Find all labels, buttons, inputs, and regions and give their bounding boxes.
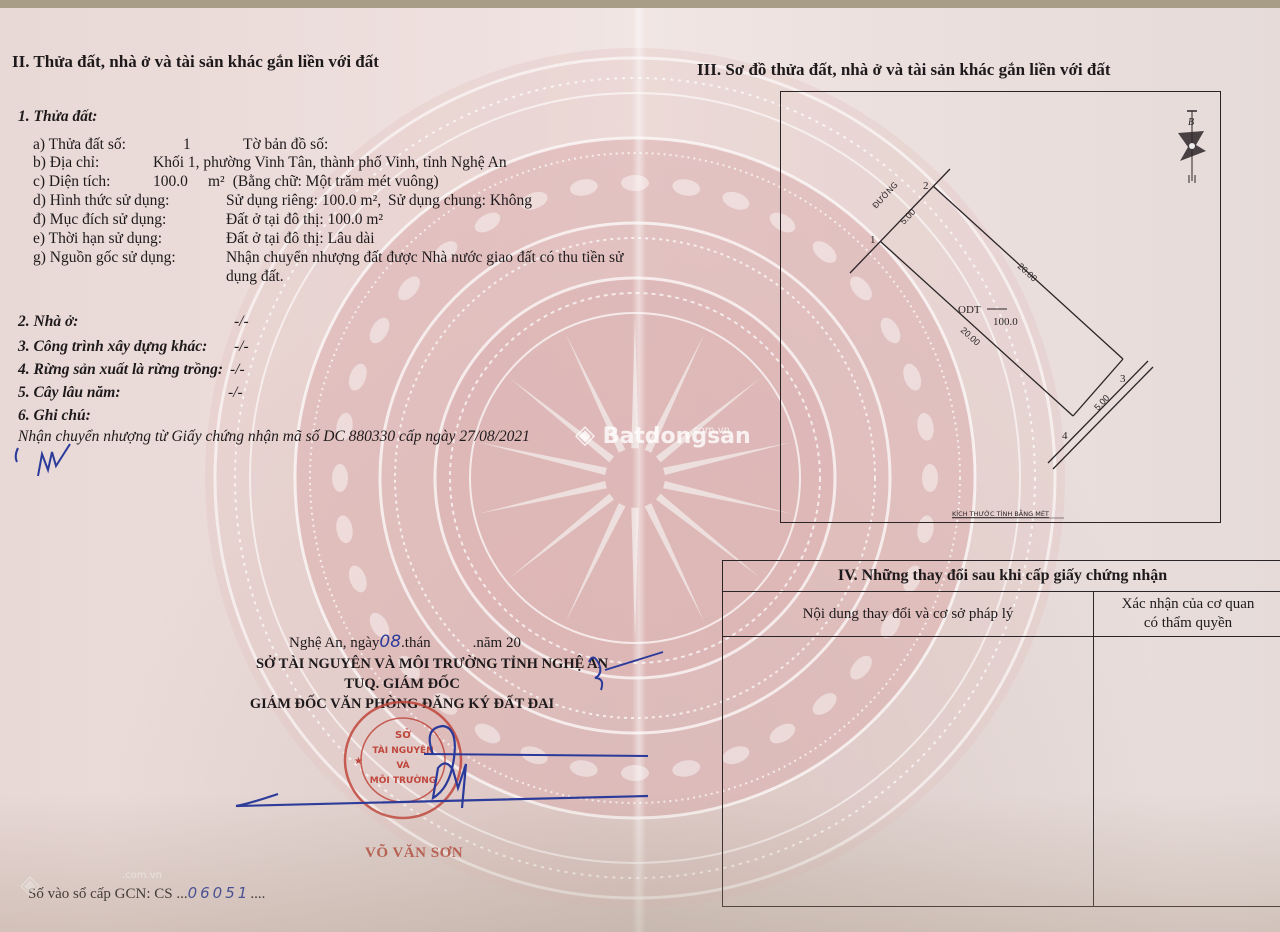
signature-icon (228, 708, 648, 818)
address-value: Khối 1, phường Vinh Tân, thành phố Vinh,… (153, 154, 507, 171)
shared-use-value: Sử dụng chung: Không (388, 192, 532, 209)
parcel-diagram: 1 2 3 4 ĐƯỜNG 5.00 20.00 20.00 5.00 ODT … (780, 91, 1221, 523)
month-text: .thán (401, 635, 431, 651)
parcel-number-label: a) Thửa đất số: (33, 136, 153, 154)
registry-number: Số vào sổ cấp GCN: CS ...06051.... (28, 884, 265, 903)
item-house-label: 2. Nhà ở: (18, 313, 234, 331)
svg-text:KÍCH THƯỚC TÍNH BẰNG MÉT: KÍCH THƯỚC TÍNH BẰNG MÉT (952, 508, 1049, 518)
usage-origin-value-line1: Nhận chuyển nhượng đất được Nhà nước gia… (226, 249, 623, 266)
batdongsan-watermark-small: ◈ (20, 870, 40, 900)
item-production-forest-label: 4. Rừng sản xuất là rừng trồng: (18, 361, 230, 379)
item-other-construction: 3. Công trình xây dựng khác:-/- (18, 338, 249, 356)
item-other-construction-label: 3. Công trình xây dựng khác: (18, 338, 234, 356)
svg-text:ODT: ODT (958, 304, 981, 316)
watermark-domain-small: .com.vn (122, 870, 162, 881)
area-unit: m² (208, 173, 225, 190)
usage-term-label: e) Thời hạn sử dụng: (33, 230, 226, 248)
signing-on-behalf: TUQ. GIÁM ĐỐC (232, 674, 572, 694)
year-text: .năm 20 (473, 635, 521, 651)
registry-dots: ... (176, 886, 187, 902)
north-arrow-icon: B (1178, 111, 1206, 183)
address-label: b) Địa chỉ: (33, 154, 153, 172)
svg-text:5.00: 5.00 (1092, 392, 1111, 412)
map-sheet-label: Tờ bản đồ số: (243, 136, 328, 153)
svg-text:ĐƯỜNG: ĐƯỜNG (869, 179, 899, 210)
place-date-prefix: Nghệ An, ngày (289, 635, 379, 651)
item-house-value: -/- (234, 313, 249, 330)
area-row: c) Diện tích:100.0m²(Bằng chữ: Một trăm … (33, 173, 439, 191)
signing-place-date: Nghệ An, ngày08.thán.năm 20 (289, 632, 521, 652)
certificate-paper: II. Thửa đất, nhà ở và tài sản khác gắn … (0, 8, 1280, 932)
watermark-domain: .com.vn (690, 425, 730, 436)
area-value: 100.0 (153, 173, 208, 191)
private-use-value: Sử dụng riêng: 100.0 m², (226, 192, 388, 210)
item-production-forest: 4. Rừng sản xuất là rừng trồng:-/- (18, 361, 245, 379)
handwritten-paraph-icon (585, 648, 665, 693)
parcel-plan-icon: 1 2 3 4 ĐƯỜNG 5.00 20.00 20.00 5.00 ODT … (780, 91, 1221, 523)
day-handwritten: 08 (379, 632, 401, 652)
changes-content-cell (723, 637, 1094, 907)
registry-value: 06051 (188, 884, 251, 902)
changes-confirm-cell (1094, 637, 1280, 907)
section-iii-title: III. Sơ đồ thửa đất, nhà ở và tài sản kh… (697, 60, 1111, 80)
confirm-header-line2: có thẩm quyền (1144, 615, 1232, 631)
usage-term-row: e) Thời hạn sử dụng:Đất ở tại đô thị: Lâ… (33, 230, 375, 248)
usage-origin-label: g) Nguồn gốc sử dụng: (33, 249, 226, 267)
address-row: b) Địa chỉ:Khối 1, phường Vinh Tân, thàn… (33, 154, 507, 172)
signing-agency: SỞ TÀI NGUYÊN VÀ MÔI TRƯỜNG TỈNH NGHỆ AN (232, 654, 632, 674)
item-perennial-trees-label: 5. Cây lâu năm: (18, 384, 228, 402)
item-production-forest-value: -/- (230, 361, 245, 378)
svg-text:20.00: 20.00 (958, 325, 981, 348)
svg-text:5.00: 5.00 (898, 206, 917, 226)
usage-purpose-label: đ) Mục đích sử dụng: (33, 211, 226, 229)
changes-title: IV. Những thay đổi sau khi cấp giấy chứn… (723, 561, 1280, 592)
signer-name: VÕ VĂN SƠN (365, 845, 463, 862)
notes-heading: 6. Ghi chú: (18, 407, 91, 425)
item-house: 2. Nhà ở:-/- (18, 313, 249, 331)
parcel-number-value: 1 (153, 136, 243, 154)
svg-text:4: 4 (1062, 430, 1068, 442)
registry-label: Số vào sổ cấp GCN: CS (28, 886, 173, 902)
handwritten-initials-icon (12, 440, 82, 482)
area-words: (Bằng chữ: Một trăm mét vuông) (233, 173, 439, 190)
changes-col-content-header: Nội dung thay đổi và cơ sở pháp lý (723, 592, 1094, 637)
svg-text:B: B (1188, 117, 1194, 128)
svg-text:2: 2 (923, 180, 929, 192)
usage-form-label: d) Hình thức sử dụng: (33, 192, 226, 210)
usage-term-value: Đất ở tại đô thị: Lâu dài (226, 230, 375, 247)
area-label: c) Diện tích: (33, 173, 153, 191)
item-perennial-trees: 5. Cây lâu năm:-/- (18, 384, 243, 402)
changes-table: IV. Những thay đổi sau khi cấp giấy chứn… (722, 560, 1280, 907)
svg-text:1: 1 (870, 234, 876, 246)
item-other-construction-value: -/- (234, 338, 249, 355)
changes-col-confirm-header: Xác nhận của cơ quan có thẩm quyền (1094, 592, 1280, 637)
notes-text: Nhận chuyển nhượng từ Giấy chứng nhận mã… (18, 428, 530, 446)
usage-origin-row: g) Nguồn gốc sử dụng:Nhận chuyển nhượng … (33, 249, 623, 267)
usage-purpose-row: đ) Mục đích sử dụng:Đất ở tại đô thị: 10… (33, 211, 383, 229)
parcel-heading: 1. Thửa đất: (18, 108, 97, 126)
usage-purpose-value: Đất ở tại đô thị: 100.0 m² (226, 211, 383, 228)
confirm-header-line1: Xác nhận của cơ quan (1122, 596, 1255, 612)
item-perennial-trees-value: -/- (228, 384, 243, 401)
svg-text:100.0: 100.0 (993, 316, 1018, 328)
svg-text:3: 3 (1120, 373, 1126, 385)
registry-dots: .... (250, 886, 265, 902)
usage-origin-value-line2: dụng đất. (226, 268, 284, 286)
parcel-number-row: a) Thửa đất số:1Tờ bản đồ số: (33, 136, 328, 154)
usage-form-row: d) Hình thức sử dụng:Sử dụng riêng: 100.… (33, 192, 532, 210)
section-ii-title: II. Thửa đất, nhà ở và tài sản khác gắn … (12, 52, 379, 72)
